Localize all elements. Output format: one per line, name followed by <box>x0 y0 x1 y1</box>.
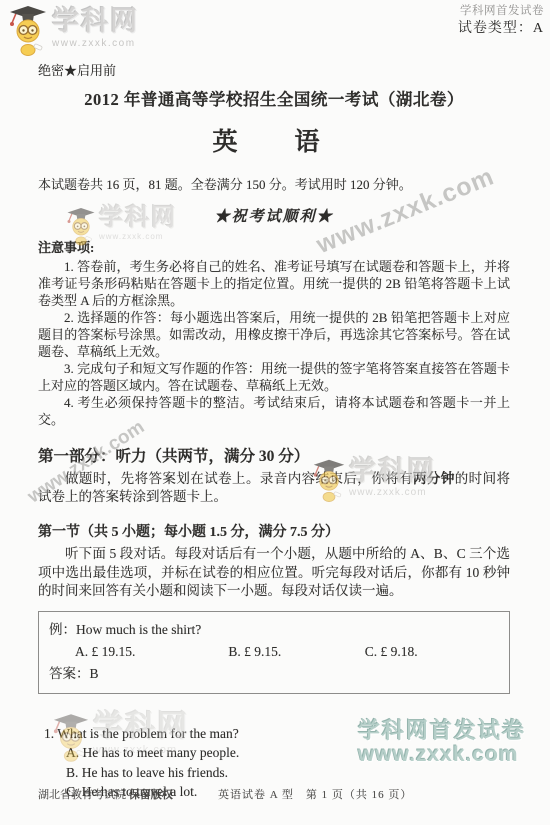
note-item-4: 4. 考生必须保持答题卡的整洁。考试结束后，请将本试题卷和答题卡一并上交。 <box>38 394 510 428</box>
part1-heading: 第一部分：听力（共两节，满分 30 分） <box>38 444 510 466</box>
site-logo: 学科网 www.zxxk.com <box>8 4 139 56</box>
logo-website-url: www.zxxk.com <box>52 39 139 49</box>
question-1-option-a: A. He has to meet many people. <box>38 743 510 763</box>
example-option-b: B. £ 9.15. <box>228 641 361 663</box>
notes-heading: 注意事项: <box>38 237 510 256</box>
footer-page-info: 英语试卷 A 型 第 1 页（共 16 页） <box>218 786 412 802</box>
example-option-c: C. £ 9.18. <box>365 641 418 663</box>
section1-intro: 听下面 5 段对话。每段对话后有一个小题，从题中所给的 A、B、C 三个选项中选… <box>38 545 510 601</box>
subject-title: 英 语 <box>38 122 510 158</box>
footer-copyright-org: 湖北省教育考试院 <box>38 789 129 801</box>
exam-paper-page: 学科网 www.zxxk.com 学科网首发试卷 试卷类型：A 绝密★启用前 2… <box>0 0 550 825</box>
example-option-a: A. £ 19.15. <box>75 641 225 663</box>
firstpub-label: 学科网首发试卷 <box>458 4 544 20</box>
exam-title: 2012 年普通高等学校招生全国统一考试（湖北卷） <box>38 86 510 110</box>
exam-info-line: 本试题卷共 16 页，81 题。全卷满分 150 分。考试用时 120 分钟。 <box>38 174 510 193</box>
part1-intro: 做题时，先将答案划在试卷上。录音内容结束后，你将有两分钟的时间将试卷上的答案转涂… <box>38 470 510 506</box>
logo-brand-name: 学科网 <box>52 8 139 35</box>
zxxk-mascot-icon <box>8 4 48 56</box>
part1-intro-pre: 做题时，先将答案划在试卷上。录音内容结束后，你将有 <box>65 471 413 486</box>
footer-copyright-rights: 保留版权 <box>129 789 173 801</box>
note-item-2: 2. 选择题的作答：每小题选出答案后，用统一提供的 2B 铅笔把答题卡上对应题目… <box>38 309 510 360</box>
header-right: 学科网首发试卷 试卷类型：A <box>458 4 544 38</box>
part1-intro-bold: 两分钟 <box>413 471 455 486</box>
note-item-1: 1. 答卷前，考生务必将自己的姓名、准考证号填写在试题卷和答题卡上，并将准考证号… <box>38 258 510 309</box>
exam-content: 绝密★启用前 2012 年普通高等学校招生全国统一考试（湖北卷） 英 语 本试题… <box>38 60 510 802</box>
footer-copyright: 湖北省教育考试院 保留版权 <box>38 786 173 802</box>
note-item-3: 3. 完成句子和短文写作题的作答：用统一提供的签字笔将答案直接答在答题卡上对应的… <box>38 360 510 394</box>
question-1-option-b: B. He has to leave his friends. <box>38 763 510 783</box>
example-options: A. £ 19.15. B. £ 9.15. C. £ 9.18. <box>49 641 499 663</box>
question-1-text: 1. What is the problem for the man? <box>38 724 510 744</box>
example-answer: 答案：B <box>49 663 499 685</box>
paper-type-label: 试卷类型：A <box>458 20 544 39</box>
security-notice: 绝密★启用前 <box>38 60 510 79</box>
example-box: 例：How much is the shirt? A. £ 19.15. B. … <box>38 611 510 694</box>
section1-heading: 第一节（共 5 小题；每小题 1.5 分，满分 7.5 分） <box>38 521 510 541</box>
example-question: 例：How much is the shirt? <box>49 619 499 641</box>
wish-line: ★祝考试顺利★ <box>38 205 510 226</box>
logo-text-block: 学科网 www.zxxk.com <box>52 8 139 49</box>
